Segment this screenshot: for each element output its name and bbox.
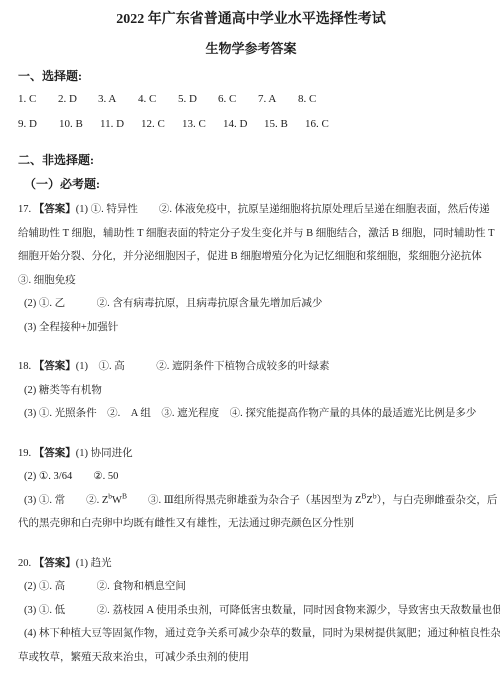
choice-section-heading: 一、选择题: [18,68,484,84]
mc-answer: 12. C [141,112,182,137]
question-number: 19. [18,448,34,459]
mc-answer: 16. C [305,112,346,137]
answer-line: 细胞开始分裂、分化，并分泌细胞因子，促进 B 细胞增殖分化为记忆细胞和浆细胞，浆… [18,245,484,269]
answer-line: (3) ①. 常 ②. ZbWB ③. Ⅲ组所得黑壳卵雄蚕为杂合子（基因型为 Z… [18,489,484,513]
answer-text: (1) 协同进化 [76,448,133,459]
mc-answer: 8. C [298,87,338,112]
answer-label: 【答案】 [34,558,76,569]
answer-line: (2) ①. 3/64 ②. 50 [18,465,484,489]
mc-answer: 9. D [18,112,59,137]
answer-line: 17. 【答案】(1) ①. 特异性 ②. 体液免疫中，抗原呈递细胞将抗原处理后… [18,198,484,222]
mc-answer: 13. C [182,112,223,137]
mc-answer: 7. A [258,87,298,112]
mc-answer: 15. B [264,112,305,137]
answer-text: (1) ①. 高 ②. 遮阴条件下植物合成较多的叶绿素 [76,361,330,372]
answer-line: 18. 【答案】(1) ①. 高 ②. 遮阴条件下植物合成较多的叶绿素 [18,355,484,379]
answer-label: 【答案】 [34,204,76,215]
mc-answer: 10. B [59,112,100,137]
answer-label: 【答案】 [34,448,76,459]
bikao-subsection-heading: （一）必考题: [18,176,484,192]
mc-answer: 4. C [138,87,178,112]
question-20-answer: 20. 【答案】(1) 趋光 (2) ①. 高 ②. 食物和栖息空间 (3) ①… [18,552,484,670]
answer-line: (2) 糖类等有机物 [18,379,484,403]
question-number: 18. [18,361,34,372]
doc-subtitle: 生物学参考答案 [18,40,484,58]
mc-answer-row-1: 1. C 2. D 3. A 4. C 5. D 6. C 7. A 8. C [18,87,484,112]
answer-line: 代的黑壳卵和白壳卵中均既有雌性又有雄性，无法通过卵壳颜色区分性别 [18,512,484,536]
answer-line: (3) ①. 低 ②. 荔枝园 A 使用杀虫剂，可降低害虫数量，同时因食物来源少… [18,599,484,623]
question-number: 20. [18,558,34,569]
answer-line: 19. 【答案】(1) 协同进化 [18,442,484,466]
mc-answer: 5. D [178,87,218,112]
answer-text: (1) ①. 特异性 ②. 体液免疫中，抗原呈递细胞将抗原处理后呈递在细胞表面，… [76,204,490,215]
answer-text: ），与白壳卵雌蚕杂交，后 [377,495,498,506]
answer-text: W [112,495,122,506]
answer-sheet-page: 2022 年广东省普通高中学业水平选择性考试 生物学参考答案 一、选择题: 1.… [0,0,500,673]
answer-text: (3) ①. 常 ②. Z [24,495,108,506]
mc-answer: 6. C [218,87,258,112]
answer-line: ③. 细胞免疫 [18,269,484,293]
answer-line: 草或牧草，繁殖天敌来治虫，可减少杀虫剂的使用 [18,646,484,670]
answer-line: (4) 林下种植大豆等固氮作物，通过竞争关系可减少杂草的数量，同时为果树提供氮肥… [18,622,484,646]
answer-text: (1) 趋光 [76,558,112,569]
mc-answer: 14. D [223,112,264,137]
answer-line: (3) ①. 光照条件 ②. A 组 ③. 遮光程度 ④. 探究能提高作物产量的… [18,402,484,426]
question-17-answer: 17. 【答案】(1) ①. 特异性 ②. 体液免疫中，抗原呈递细胞将抗原处理后… [18,198,484,339]
doc-title: 2022 年广东省普通高中学业水平选择性考试 [18,10,484,29]
mc-answer: 1. C [18,87,58,112]
answer-text: ③. Ⅲ组所得黑壳卵雄蚕为杂合子（基因型为 Z [127,495,361,506]
answer-line: 给辅助性 T 细胞，辅助性 T 细胞表面的特定分子发生变化并与 B 细胞结合，激… [18,222,484,246]
mc-answer-row-2: 9. D 10. B 11. D 12. C 13. C 14. D 15. B… [18,112,484,137]
answer-line: (2) ①. 乙 ②. 含有病毒抗原，且病毒抗原含量先增加后减少 [18,292,484,316]
answer-label: 【答案】 [34,361,76,372]
answer-line: (3) 全程接种+加强针 [18,316,484,340]
answer-line: 20. 【答案】(1) 趋光 [18,552,484,576]
mc-answer-grid: 1. C 2. D 3. A 4. C 5. D 6. C 7. A 8. C … [18,87,484,137]
question-19-answer: 19. 【答案】(1) 协同进化 (2) ①. 3/64 ②. 50 (3) ①… [18,442,484,536]
question-number: 17. [18,204,34,215]
question-18-answer: 18. 【答案】(1) ①. 高 ②. 遮阴条件下植物合成较多的叶绿素 (2) … [18,355,484,426]
mc-answer: 2. D [58,87,98,112]
noncho-section-heading: 二、非选择题: [18,152,484,168]
mc-answer: 3. A [98,87,138,112]
mc-answer: 11. D [100,112,141,137]
answer-line: (2) ①. 高 ②. 食物和栖息空间 [18,575,484,599]
